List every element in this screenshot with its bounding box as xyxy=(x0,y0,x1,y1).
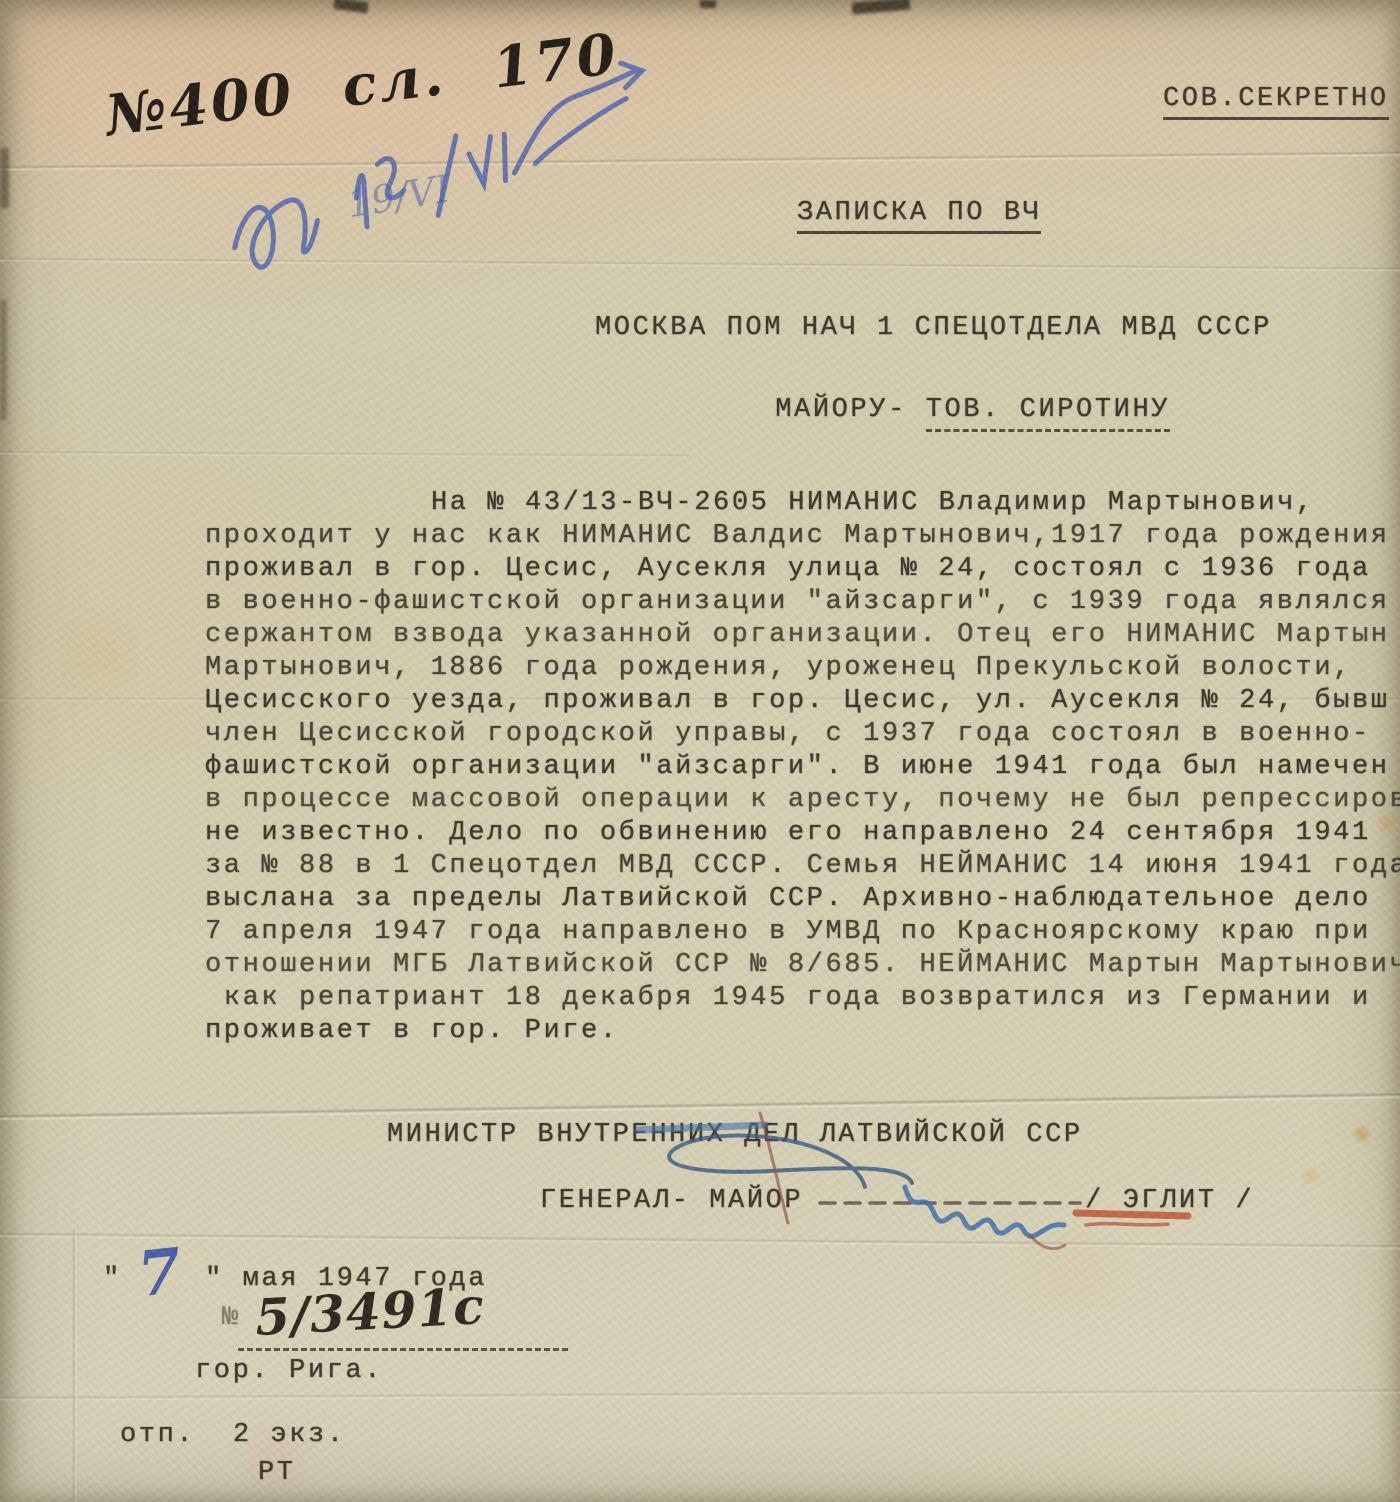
body-line: проживает в гор. Риге. xyxy=(205,1015,1400,1048)
body-line: проживал в гор. Цесис, Аусекля улица № 2… xyxy=(205,553,1400,586)
copies-line: отп. 2 экз. xyxy=(120,1420,346,1450)
body-line: фашистской организации "айзсарги". В июн… xyxy=(205,751,1400,784)
addressee-line-1: МОСКВА ПОМ НАЧ 1 СПЕЦОТДЕЛА МВД СССР xyxy=(595,313,1272,343)
scan-edge-mark xyxy=(700,0,716,8)
crease-line xyxy=(0,257,1400,272)
outgoing-number-underline xyxy=(238,1348,568,1351)
body-line: в процессе массовой операции к аресту, п… xyxy=(205,784,1400,817)
body-line: 7 апреля 1947 года направлено в УМВД по … xyxy=(205,916,1400,949)
scan-edge-mark xyxy=(0,148,9,208)
doc-title: ЗАПИСКА ПО ВЧ xyxy=(797,198,1041,234)
stain xyxy=(1352,1122,1372,1146)
body-line: проходит у нас как НИМАНИС Валдис Мартын… xyxy=(205,520,1400,553)
body-line: не известно. Дело по обвинению его напра… xyxy=(205,817,1400,850)
scan-edge-mark xyxy=(852,0,911,15)
minister-signature-scrawl xyxy=(520,1095,1280,1295)
body-line: Мартынович, 1886 года рождения, уроженец… xyxy=(205,652,1400,685)
body-line: как репатриант 18 декабря 1945 года возв… xyxy=(205,982,1400,1015)
handwritten-day: 7 xyxy=(134,1234,185,1311)
body-line: сержантом взвода указанной организации. … xyxy=(205,619,1400,652)
outgoing-number-handwritten: 5/3491с xyxy=(254,1276,486,1347)
addressee-rank: МАЙОРУ- xyxy=(775,395,925,425)
crease-line xyxy=(72,1230,77,1502)
stain xyxy=(60,580,140,740)
body-line: выслана за пределы Латвийской ССР. Архив… xyxy=(205,883,1400,916)
city-line: гор. Рига. xyxy=(195,1356,383,1386)
body-line: На № 43/13-ВЧ-2605 НИМАНИС Владимир Март… xyxy=(205,487,1400,520)
scan-edge-mark xyxy=(0,300,7,420)
body-line: член Цесисской городской управы, с 1937 … xyxy=(205,718,1400,751)
crease-line xyxy=(0,450,690,459)
body-line: Цесисского уезда, проживал в гор. Цесис,… xyxy=(205,685,1400,718)
crease-line xyxy=(0,1388,1400,1401)
date-quote-open: " xyxy=(103,1264,122,1294)
stain xyxy=(1296,1168,1326,1184)
addressee-name: ТОВ. СИРОТИНУ xyxy=(926,395,1170,432)
body-paragraph: На № 43/13-ВЧ-2605 НИМАНИС Владимир Март… xyxy=(205,487,1400,1048)
body-line: за № 88 в 1 Спецотдел МВД СССР. Семья НЕ… xyxy=(205,850,1400,883)
typist-initials: РТ xyxy=(258,1458,296,1488)
outgoing-number-sign: № xyxy=(222,1303,241,1333)
classification-stamp: СОВ.СЕКРЕТНО xyxy=(1163,84,1389,120)
scan-edge-mark xyxy=(333,0,368,13)
addressee-line-2: МАЙОРУ- ТОВ. СИРОТИНУ xyxy=(700,365,1170,455)
body-line: в военно-фашистской организации "айзсарг… xyxy=(205,586,1400,619)
document-scan: №400 сл. 170 19/VI СОВ.СЕКРЕТНО ЗАПИСКА … xyxy=(0,0,1400,1502)
body-line: отношении МГБ Латвийской ССР № 8/685. НЕ… xyxy=(205,949,1400,982)
